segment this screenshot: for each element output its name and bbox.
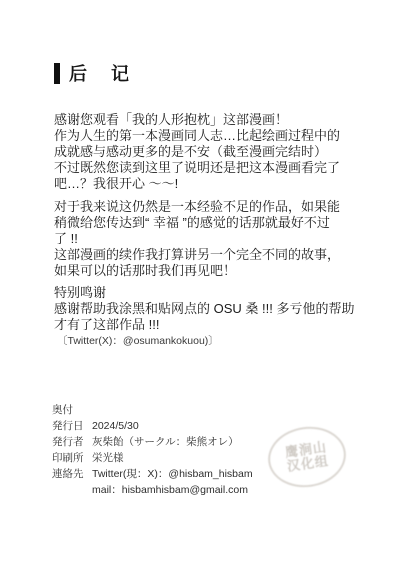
paragraph-line: 作为人生的第一本漫画同人志…比起绘画过程中的	[54, 128, 340, 144]
scanlation-watermark-stamp: 鹰涧山 汉化组	[264, 422, 350, 492]
paragraph-line: 成就感与感动更多的是不安（截至漫画完结时）	[54, 144, 340, 160]
colophon: 奥付 発行日 2024/5/30 発行者 灰柴飴（サークル：柴熊オレ） 印刷所 …	[52, 402, 253, 498]
paragraph-line: 不过既然您读到这里了说明还是把这本漫画看完了	[54, 160, 340, 176]
colophon-row-printer: 印刷所 栄光様	[52, 450, 253, 466]
page-title-text: 后 记	[69, 60, 132, 86]
colophon-row-publisher: 発行者 灰柴飴（サークル：柴熊オレ）	[52, 434, 253, 450]
publish-date: 2024/5/30	[92, 418, 139, 434]
paragraph-thanks-for-reading: 感谢您观看「我的人形抱枕」这部漫画！ 作为人生的第一本漫画同人志…比起绘画过程中…	[54, 112, 340, 192]
paragraph-line: 如果可以的话那时我们再见吧！	[54, 263, 340, 279]
colophon-label: 印刷所	[52, 450, 92, 466]
special-thanks-line: 才有了这部作品 !!!	[54, 317, 354, 333]
colophon-label: 連絡先	[52, 466, 92, 482]
colophon-heading: 奥付	[52, 402, 253, 418]
colophon-row-contact-twitter: 連絡先 Twitter(現：X)：@hisbam_hisbam	[52, 466, 253, 482]
page-title: 后 记	[54, 60, 132, 86]
special-thanks-heading: 特别鸣谢	[54, 285, 354, 301]
paragraph-line: 感谢您观看「我的人形抱枕」这部漫画！	[54, 112, 340, 128]
colophon-heading-text: 奥付	[52, 402, 92, 418]
colophon-label: 発行者	[52, 434, 92, 450]
paragraph-line: 吧…？我很开心 ～～!	[54, 176, 340, 192]
contact-twitter-handle: Twitter(現：X)：@hisbam_hisbam	[92, 466, 253, 482]
title-accent-bar	[54, 63, 60, 84]
osu-twitter-handle: 〔Twitter(X)：@osumankokuou)〕	[57, 333, 219, 348]
watermark-line2: 汉化组	[286, 454, 330, 474]
colophon-row-publish-date: 発行日 2024/5/30	[52, 418, 253, 434]
colophon-label: 発行日	[52, 418, 92, 434]
colophon-label	[52, 482, 92, 498]
special-thanks-section: 特别鸣谢 感谢帮助我涂黑和贴网点的 OSU 桑 !!! 多亏他的帮助 才有了这部…	[54, 285, 354, 333]
paragraph-reflection: 对于我来说这仍然是一本经验不足的作品，如果能 稍微给您传达到“ 幸福 ”的感觉的…	[54, 199, 340, 279]
contact-email: mail：hisbamhisbam@gmail.com	[92, 482, 248, 498]
paragraph-line: 了 !!	[54, 231, 340, 247]
colophon-row-contact-mail: mail：hisbamhisbam@gmail.com	[52, 482, 253, 498]
paragraph-line: 这部漫画的续作我打算讲另一个完全不同的故事，	[54, 247, 340, 263]
publisher-name: 灰柴飴（サークル：柴熊オレ）	[92, 434, 239, 450]
paragraph-line: 稍微给您传达到“ 幸福 ”的感觉的话那就最好不过	[54, 215, 340, 231]
special-thanks-line: 感谢帮助我涂黑和贴网点的 OSU 桑 !!! 多亏他的帮助	[54, 301, 354, 317]
printer-name: 栄光様	[92, 450, 124, 466]
paragraph-line: 对于我来说这仍然是一本经验不足的作品，如果能	[54, 199, 340, 215]
afterword-page: 后 记 感谢您观看「我的人形抱枕」这部漫画！ 作为人生的第一本漫画同人志…比起绘…	[0, 0, 400, 561]
